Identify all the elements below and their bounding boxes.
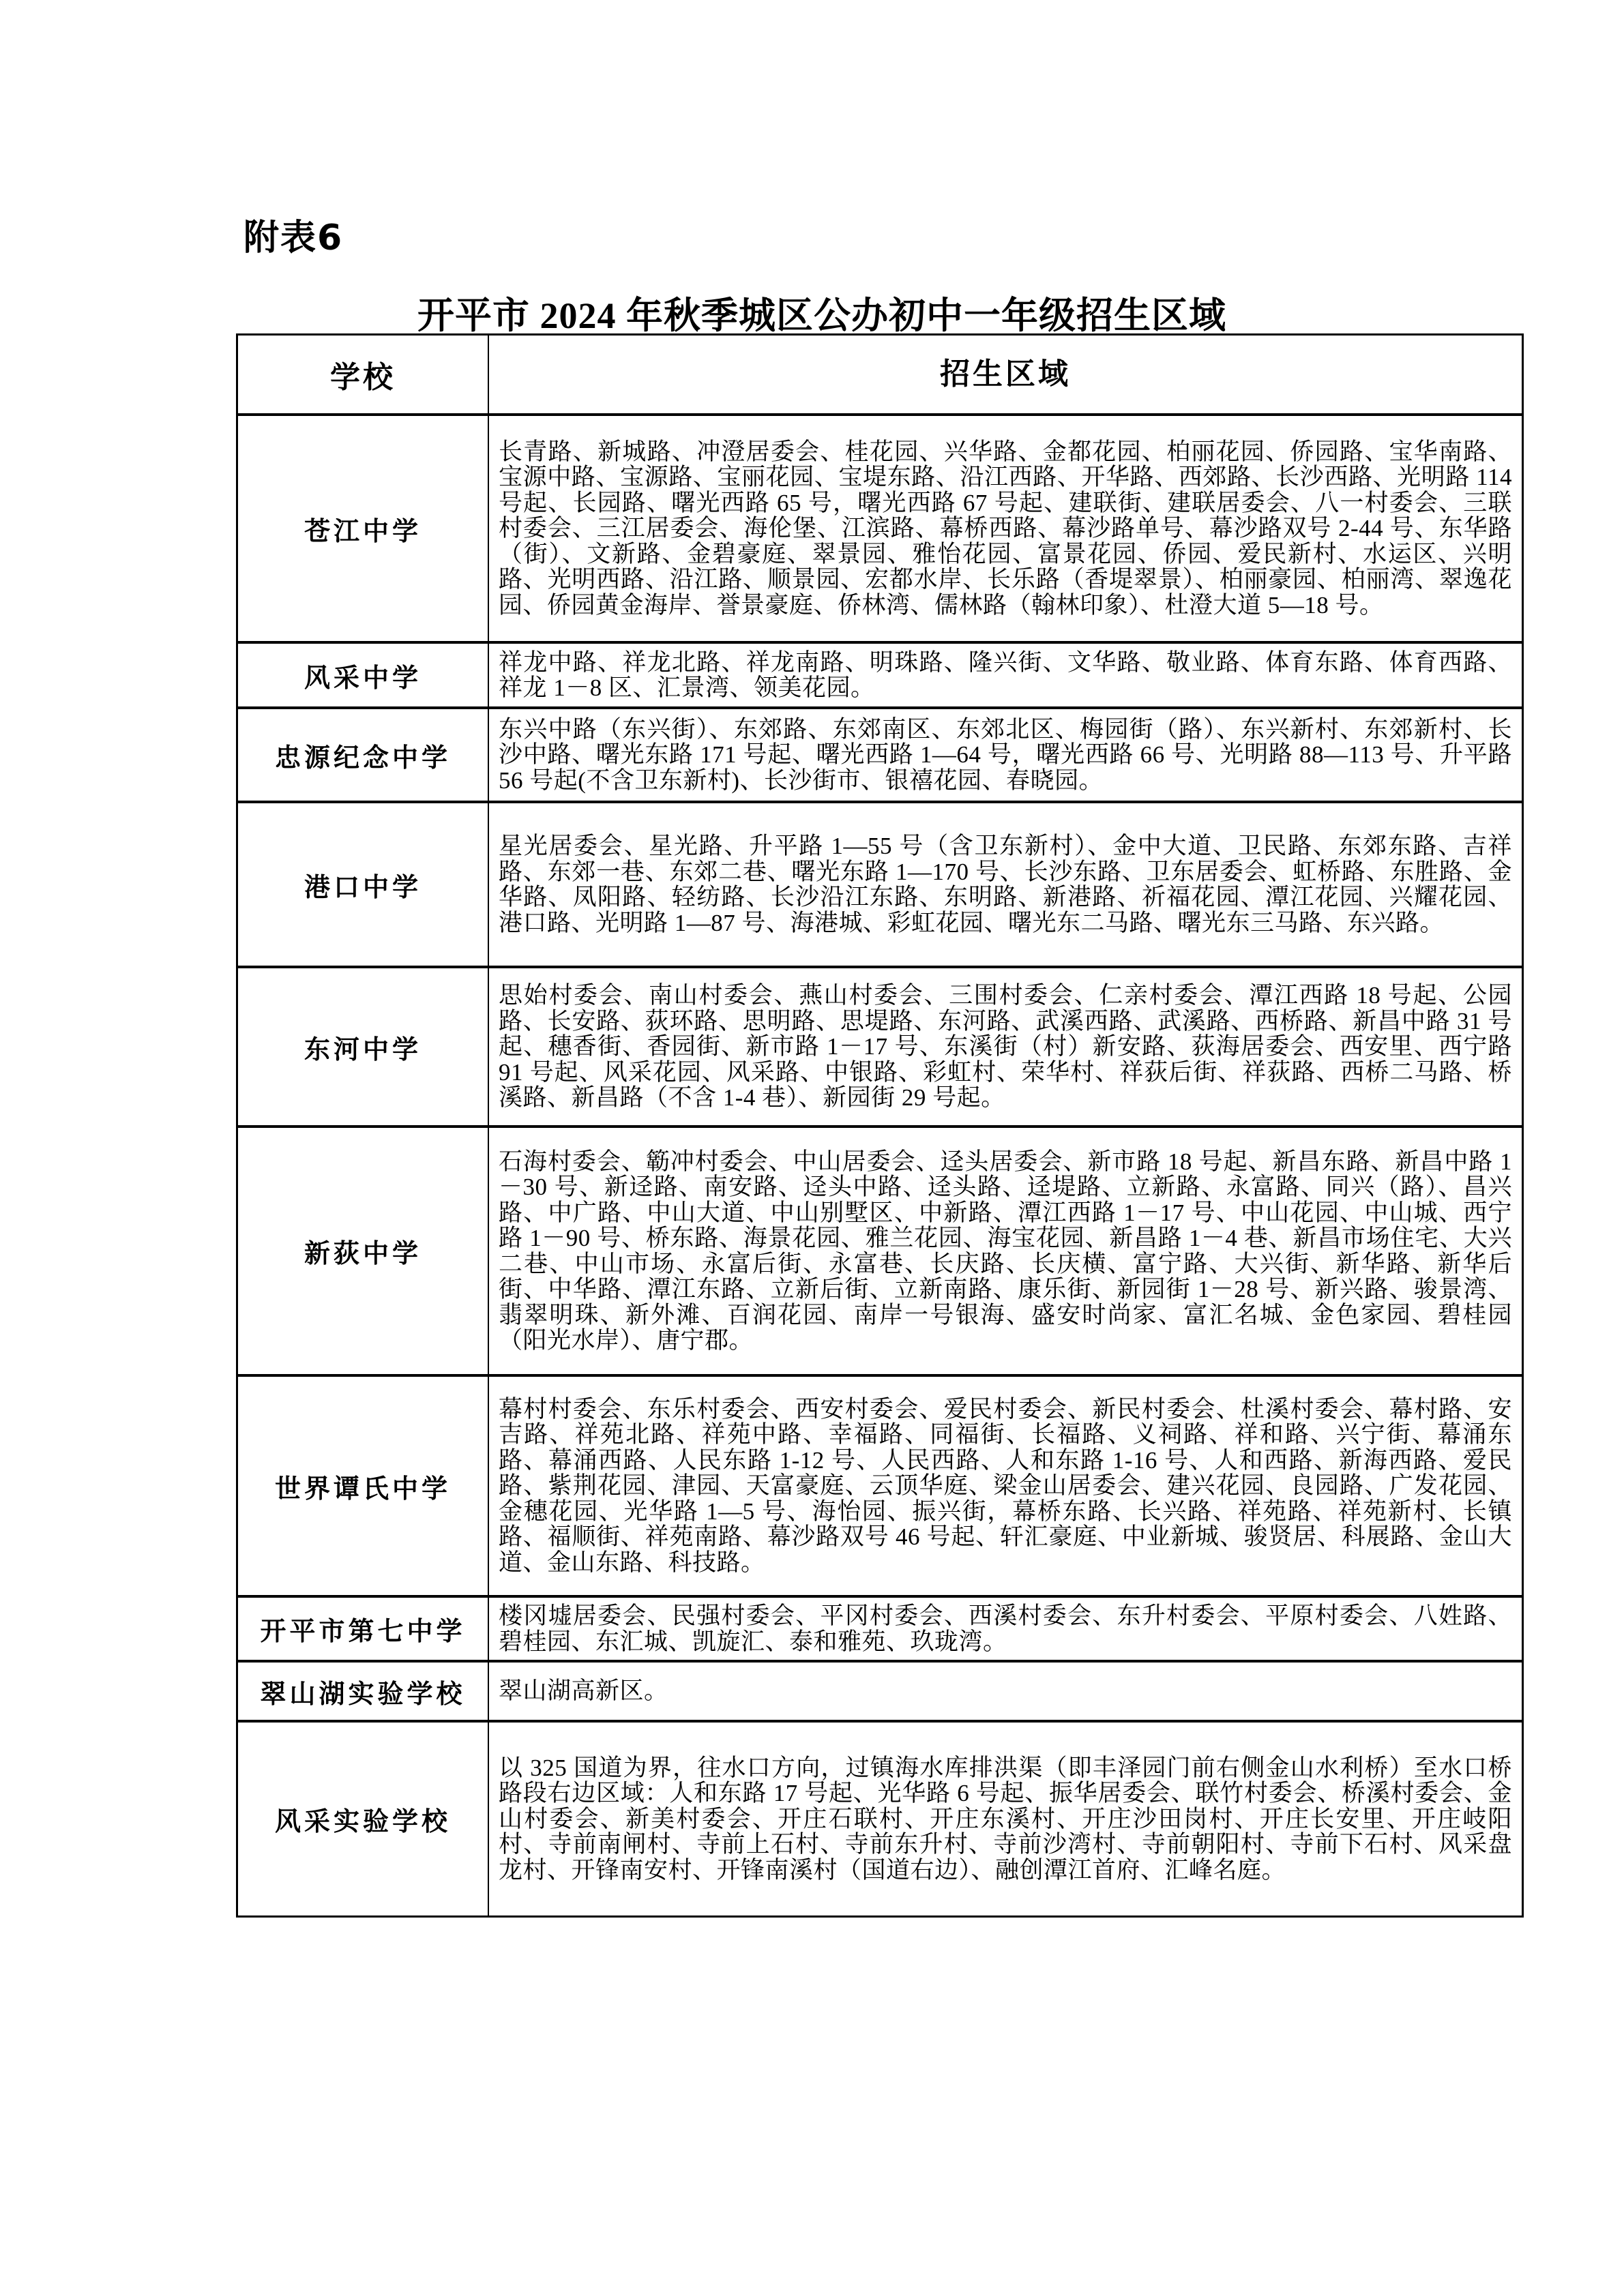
district-cell: 石海村委会、簕冲村委会、中山居委会、迳头居委会、新市路 18 号起、新昌东路、新… xyxy=(489,1128,1522,1374)
district-cell: 翠山湖高新区。 xyxy=(489,1663,1522,1720)
appendix-label: 附表6 xyxy=(243,209,343,260)
district-text: 星光居委会、星光路、升平路 1—55 号（含卫东新村）、金中大道、卫民路、东郊东… xyxy=(499,833,1512,936)
table-row: 风采中学 祥龙中路、祥龙北路、祥龙南路、明珠路、隆兴街、文华路、敬业路、体育东路… xyxy=(238,641,1522,706)
district-cell: 楼冈墟居委会、民强村委会、平冈村委会、西溪村委会、东升村委会、平原村委会、八姓路… xyxy=(489,1598,1522,1660)
table-row: 世界谭氏中学 幕村村委会、东乐村委会、西安村委会、爱民村委会、新民村委会、杜溪村… xyxy=(238,1374,1522,1595)
district-text: 楼冈墟居委会、民强村委会、平冈村委会、西溪村委会、东升村委会、平原村委会、八姓路… xyxy=(499,1603,1512,1654)
table-row: 东河中学 思始村委会、南山村委会、燕山村委会、三围村委会、仁亲村委会、潭江西路 … xyxy=(238,966,1522,1125)
table-row: 忠源纪念中学 东兴中路（东兴街）、东郊路、东郊南区、东郊北区、梅园街（路）、东兴… xyxy=(238,706,1522,801)
district-text: 以 325 国道为界，往水口方向，过镇海水库排洪渠（即丰泽园门前右侧金山水利桥）… xyxy=(499,1755,1512,1883)
district-text: 思始村委会、南山村委会、燕山村委会、三围村委会、仁亲村委会、潭江西路 18 号起… xyxy=(499,983,1512,1111)
header-district-label: 招生区域 xyxy=(499,361,1512,387)
school-name: 港口中学 xyxy=(238,803,489,966)
school-name: 风采实验学校 xyxy=(238,1723,489,1915)
district-text: 祥龙中路、祥龙北路、祥龙南路、明珠路、隆兴街、文华路、敬业路、体育东路、体育西路… xyxy=(499,650,1512,701)
table-row: 风采实验学校 以 325 国道为界，往水口方向，过镇海水库排洪渠（即丰泽园门前右… xyxy=(238,1720,1522,1915)
enrollment-table: 学校 招生区域 苍江中学 长青路、新城路、冲澄居委会、桂花园、兴华路、金都花园、… xyxy=(236,333,1524,1918)
school-name: 新荻中学 xyxy=(238,1128,489,1374)
district-cell: 长青路、新城路、冲澄居委会、桂花园、兴华路、金都花园、柏丽花园、侨园路、宝华南路… xyxy=(489,416,1522,641)
district-cell: 以 325 国道为界，往水口方向，过镇海水库排洪渠（即丰泽园门前右侧金山水利桥）… xyxy=(489,1723,1522,1915)
school-name: 风采中学 xyxy=(238,644,489,706)
header-district: 招生区域 xyxy=(489,336,1522,413)
district-text: 幕村村委会、东乐村委会、西安村委会、爱民村委会、新民村委会、杜溪村委会、幕村路、… xyxy=(499,1397,1512,1576)
school-name: 开平市第七中学 xyxy=(238,1598,489,1660)
district-cell: 东兴中路（东兴街）、东郊路、东郊南区、东郊北区、梅园街（路）、东兴新村、东郊新村… xyxy=(489,709,1522,801)
district-cell: 星光居委会、星光路、升平路 1—55 号（含卫东新村）、金中大道、卫民路、东郊东… xyxy=(489,803,1522,966)
district-text: 石海村委会、簕冲村委会、中山居委会、迳头居委会、新市路 18 号起、新昌东路、新… xyxy=(499,1149,1512,1354)
district-text: 东兴中路（东兴街）、东郊路、东郊南区、东郊北区、梅园街（路）、东兴新村、东郊新村… xyxy=(499,717,1512,794)
school-name: 苍江中学 xyxy=(238,416,489,641)
district-text: 翠山湖高新区。 xyxy=(499,1678,1512,1704)
table-row: 开平市第七中学 楼冈墟居委会、民强村委会、平冈村委会、西溪村委会、东升村委会、平… xyxy=(238,1595,1522,1660)
table-row: 翠山湖实验学校 翠山湖高新区。 xyxy=(238,1660,1522,1720)
district-cell: 幕村村委会、东乐村委会、西安村委会、爱民村委会、新民村委会、杜溪村委会、幕村路、… xyxy=(489,1377,1522,1595)
table-row: 苍江中学 长青路、新城路、冲澄居委会、桂花园、兴华路、金都花园、柏丽花园、侨园路… xyxy=(238,413,1522,641)
page-title: 开平市 2024 年秋季城区公办初中一年级招生区域 xyxy=(236,286,1524,339)
district-text: 长青路、新城路、冲澄居委会、桂花园、兴华路、金都花园、柏丽花园、侨园路、宝华南路… xyxy=(499,439,1512,618)
table-header-row: 学校 招生区域 xyxy=(238,336,1522,413)
table-row: 港口中学 星光居委会、星光路、升平路 1—55 号（含卫东新村）、金中大道、卫民… xyxy=(238,801,1522,966)
district-cell: 思始村委会、南山村委会、燕山村委会、三围村委会、仁亲村委会、潭江西路 18 号起… xyxy=(489,968,1522,1125)
district-cell: 祥龙中路、祥龙北路、祥龙南路、明珠路、隆兴街、文华路、敬业路、体育东路、体育西路… xyxy=(489,644,1522,706)
header-school: 学校 xyxy=(238,336,489,413)
table-row: 新荻中学 石海村委会、簕冲村委会、中山居委会、迳头居委会、新市路 18 号起、新… xyxy=(238,1125,1522,1374)
school-name: 忠源纪念中学 xyxy=(238,709,489,801)
school-name: 翠山湖实验学校 xyxy=(238,1663,489,1720)
school-name: 世界谭氏中学 xyxy=(238,1377,489,1595)
school-name: 东河中学 xyxy=(238,968,489,1125)
